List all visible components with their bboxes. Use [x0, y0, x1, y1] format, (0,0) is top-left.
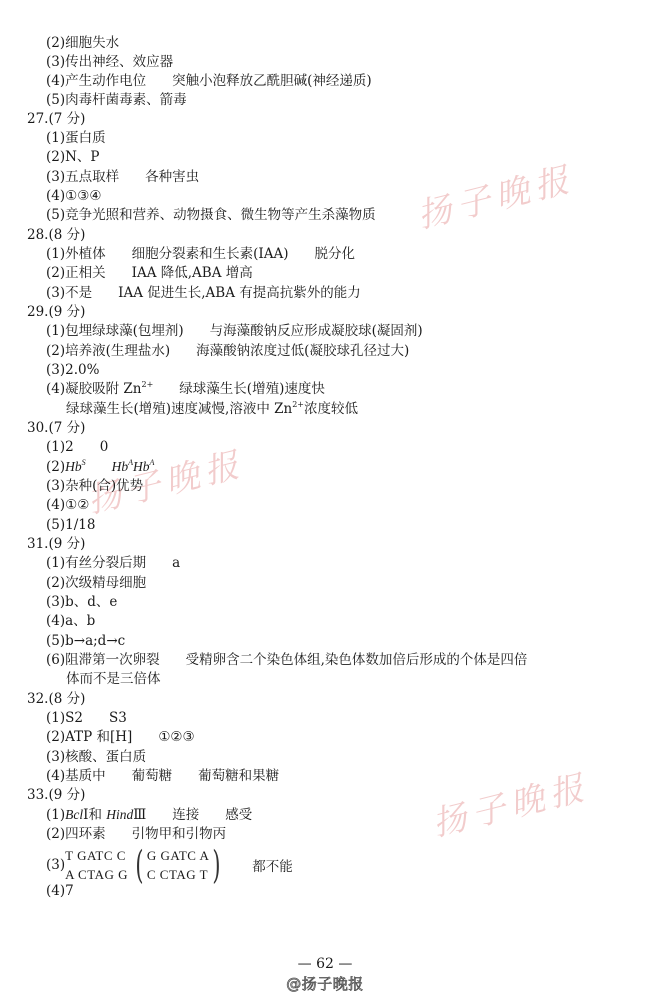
answer-32-1-part2: S3 [109, 710, 127, 726]
question-33-heading: 33.(9 分) [27, 786, 85, 804]
answer-31-2: (2)次级精母细胞 [46, 574, 146, 592]
answer-31-6-part1: (6)阻滞第一次卵裂 [46, 652, 160, 668]
dna-top-strand: T GATC C [65, 846, 128, 865]
answer-26-5: (5)肉毒杆菌毒素、箭毒 [46, 91, 187, 109]
answer-32-3: (3)核酸、蛋白质 [46, 748, 146, 766]
answer-28-3: (3)不是IAA 促进生长,ABA 有提高抗紫外的能力 [46, 284, 361, 302]
answer-28-3-part2: IAA 促进生长,ABA 有提高抗紫外的能力 [118, 285, 361, 301]
enzyme-bcl-numeral: Ⅰ和 [83, 807, 102, 823]
answer-27-4: (4)①③④ [46, 187, 101, 205]
answer-33-2-part2: 引物甲和引物丙 [132, 826, 227, 842]
answer-29-4-part2: 绿球藻生长(增殖)速度快 [179, 381, 325, 397]
answer-30-3: (3)杂种(合)优势 [46, 477, 143, 495]
answer-32-4-part2: 葡萄糖 [132, 768, 173, 784]
answer-29-4-cont-part2: 浓度较低 [304, 401, 358, 417]
zinc-ion-charge: 2+ [142, 380, 154, 389]
dna-bottom-strand: A CTAG G [65, 865, 128, 884]
answer-26-2: (2)细胞失水 [46, 34, 119, 52]
answer-33-1-part3: 感受 [225, 807, 252, 823]
genotype-hb: Hb [65, 459, 82, 474]
answer-31-6-continuation: 体而不是三倍体 [66, 670, 161, 688]
answer-33-2-part1: (2)四环素 [46, 826, 106, 842]
zinc-ion-charge: 2+ [292, 400, 304, 409]
question-29-heading: 29.(9 分) [27, 303, 85, 321]
genotype-hb: Hb [112, 459, 129, 474]
open-paren: ( [135, 845, 143, 885]
answer-30-1-part2: 0 [100, 439, 109, 455]
answer-27-2: (2)N、P [46, 148, 100, 166]
answer-30-5: (5)1/18 [46, 516, 95, 534]
answer-28-2-part2: IAA 降低,ABA 增高 [132, 265, 253, 281]
answer-29-3: (3)2.0% [46, 361, 99, 379]
answer-26-3: (3)传出神经、效应器 [46, 53, 173, 71]
answer-30-2-prefix: (2) [46, 459, 65, 475]
answer-33-2: (2)四环素引物甲和引物丙 [46, 825, 226, 843]
answer-28-1-part1: (1)外植体 [46, 246, 106, 262]
question-30-heading: 30.(7 分) [27, 419, 85, 437]
answer-31-1-part1: (1)有丝分裂后期 [46, 555, 146, 571]
page-number: — 62 — [0, 955, 650, 973]
answer-32-2-part2: ①②③ [158, 729, 194, 745]
allele-s: S [82, 458, 86, 467]
answer-27-3-part1: (3)五点取样 [46, 169, 119, 185]
question-31-heading: 31.(9 分) [27, 535, 85, 553]
answer-32-2-part1: (2)ATP 和[H] [46, 729, 132, 745]
answer-27-5: (5)竞争光照和营养、动物摄食、微生物等产生杀藻物质 [46, 206, 376, 224]
answer-31-1-part2: a [172, 555, 180, 571]
answer-32-1: (1)S2S3 [46, 709, 127, 727]
answer-33-3-part2: 都不能 [252, 855, 293, 875]
answer-31-1: (1)有丝分裂后期a [46, 554, 180, 572]
allele-a: A [150, 458, 155, 467]
enzyme-hind-numeral: Ⅲ [133, 807, 146, 823]
answer-31-6: (6)阻滞第一次卵裂受精卵含二个染色体组,染色体数加倍后形成的个体是四倍 [46, 651, 527, 669]
answer-32-4-part3: 葡萄糖和果糖 [198, 768, 279, 784]
answer-31-6-part2: 受精卵含二个染色体组,染色体数加倍后形成的个体是四倍 [186, 652, 528, 668]
question-28-heading: 28.(8 分) [27, 226, 85, 244]
answer-26-4: (4)产生动作电位突触小泡释放乙酰胆碱(神经递质) [46, 72, 372, 90]
answer-33-3: (3) T GATC C A CTAG G ( G GATC A C CTAG … [46, 845, 293, 885]
answer-29-1: (1)包埋绿球藻(包埋剂)与海藻酸钠反应形成凝胶球(凝固剂) [46, 322, 423, 340]
answer-32-1-part1: (1)S2 [46, 710, 83, 726]
answer-28-2: (2)正相关IAA 降低,ABA 增高 [46, 264, 253, 282]
answer-29-4-continuation: 绿球藻生长(增殖)速度减慢,溶液中 Zn2+浓度较低 [66, 400, 358, 418]
answer-30-2: (2)HbSHbAHbA [46, 458, 154, 476]
answer-29-1-part2: 与海藻酸钠反应形成凝胶球(凝固剂) [210, 323, 423, 339]
answer-30-1-part1: (1)2 [46, 439, 74, 455]
answer-29-2: (2)培养液(生理盐水)海藻酸钠浓度过低(凝胶球孔径过大) [46, 342, 409, 360]
answer-27-1: (1)蛋白质 [46, 129, 106, 147]
answer-33-3-prefix: (3) [46, 857, 65, 873]
answer-32-2: (2)ATP 和[H]①②③ [46, 728, 195, 746]
answer-30-1: (1)20 [46, 438, 108, 456]
answer-31-4: (4)a、b [46, 612, 95, 630]
answer-28-1-part2: 细胞分裂素和生长素(IAA) [132, 246, 289, 262]
answer-26-4-part2: 突触小泡释放乙酰胆碱(神经递质) [172, 73, 372, 89]
answer-29-4: (4)凝胶吸附 Zn2+绿球藻生长(增殖)速度快 [46, 380, 325, 398]
answer-27-3: (3)五点取样各种害虫 [46, 168, 199, 186]
enzyme-bcl: Bcl [65, 807, 83, 822]
answer-26-4-part1: (4)产生动作电位 [46, 73, 146, 89]
answer-33-1-prefix: (1) [46, 807, 65, 823]
answer-31-3: (3)b、d、e [46, 593, 117, 611]
answer-29-4-part1: (4)凝胶吸附 Zn [46, 381, 142, 397]
answer-29-1-part1: (1)包埋绿球藻(包埋剂) [46, 323, 184, 339]
answer-33-4: (4)7 [46, 882, 74, 900]
watermark-yangtse-evening-post-1: 扬子晚报 [411, 151, 578, 237]
dna-sticky-end-sequence: T GATC C A CTAG G [65, 846, 128, 884]
answer-28-1-part3: 脱分化 [315, 246, 356, 262]
answer-33-1: (1)BclⅠ和 HindⅢ连接感受 [46, 806, 252, 824]
answer-29-2-part1: (2)培养液(生理盐水) [46, 343, 170, 359]
answer-28-2-part1: (2)正相关 [46, 265, 106, 281]
watermark-yangtse-evening-post-3: 扬子晚报 [426, 759, 593, 845]
answer-31-5: (5)b→a;d→c [46, 632, 125, 650]
enzyme-hind: Hind [106, 807, 133, 822]
question-32-heading: 32.(8 分) [27, 690, 85, 708]
answer-key-page: 扬子晚报 扬子晚报 扬子晚报 (2)细胞失水 (3)传出神经、效应器 (4)产生… [0, 0, 650, 1000]
dna-alternative-sequence: ( G GATC A C CTAG T ) [132, 845, 224, 885]
answer-28-3-part1: (3)不是 [46, 285, 92, 301]
answer-33-1-part2: 连接 [172, 807, 199, 823]
dna-alt-bottom-strand: C CTAG T [147, 865, 210, 884]
answer-28-1: (1)外植体细胞分裂素和生长素(IAA)脱分化 [46, 245, 355, 263]
answer-32-4-part1: (4)基质中 [46, 768, 106, 784]
close-paren: ) [213, 845, 221, 885]
dna-alt-top-strand: G GATC A [147, 846, 210, 865]
answer-30-4: (4)①② [46, 496, 89, 514]
answer-27-3-part2: 各种害虫 [145, 169, 199, 185]
answer-29-4-cont-part1: 绿球藻生长(增殖)速度减慢,溶液中 Zn [66, 401, 292, 417]
answer-29-2-part2: 海藻酸钠浓度过低(凝胶球孔径过大) [196, 343, 409, 359]
question-27-heading: 27.(7 分) [27, 110, 85, 128]
answer-32-4: (4)基质中葡萄糖葡萄糖和果糖 [46, 767, 279, 785]
genotype-hb: Hb [133, 459, 150, 474]
source-watermark-label: @扬子晚报 [0, 974, 650, 994]
